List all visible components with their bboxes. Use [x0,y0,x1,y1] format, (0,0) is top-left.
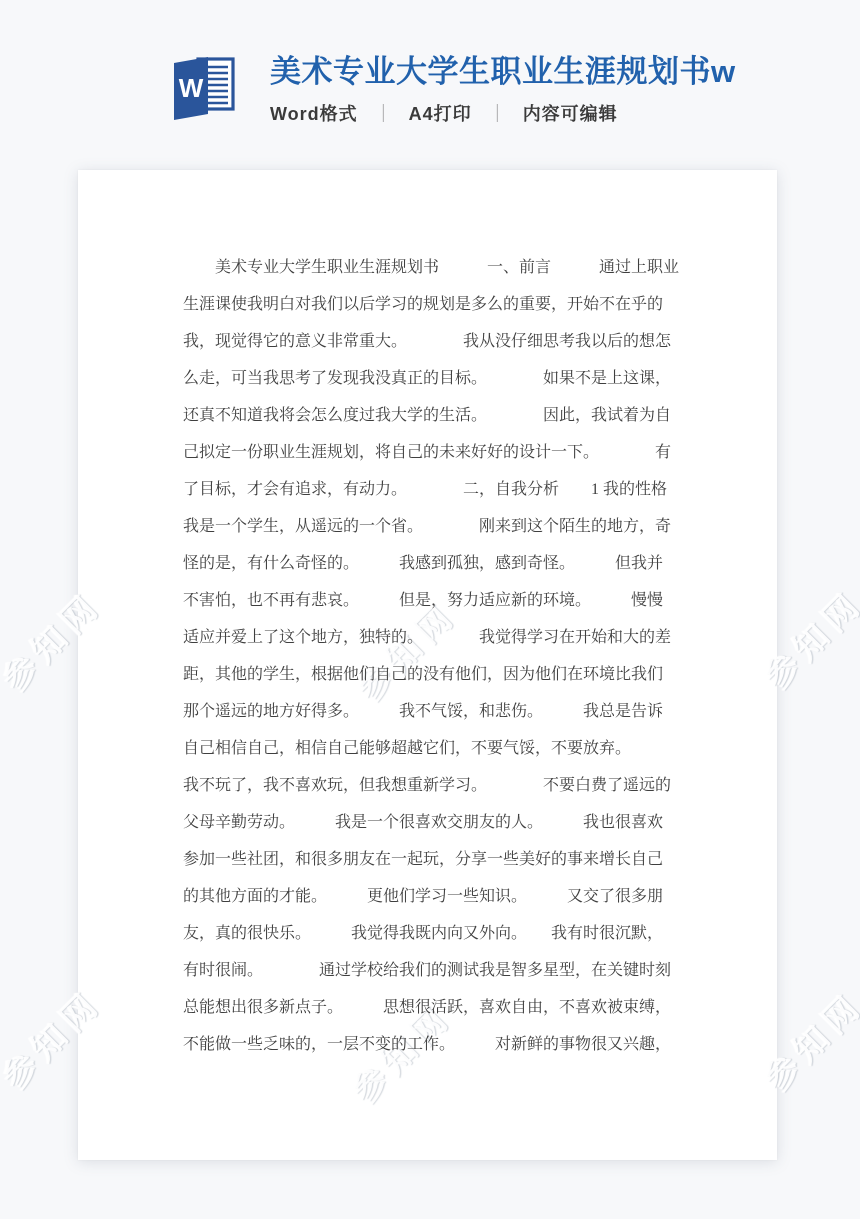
word-icon-letter: W [179,73,204,103]
document-line: 还真不知道我将会怎么度过我大学的生活。 因此，我试着为自 [183,397,679,434]
document-line: 不能做一些乏味的，一层不变的工作。 对新鲜的事物很又兴趣， [183,1026,679,1063]
document-title: 美术专业大学生职业生涯规划书w [270,54,736,90]
document-line: 我不玩了，我不喜欢玩，但我想重新学习。 不要白费了遥远的 [183,767,679,804]
header-text-block: 美术专业大学生职业生涯规划书w Word格式｜A4打印｜内容可编辑 [270,52,736,126]
meta-format: Word格式 [270,104,358,124]
document-body: 美术专业大学生职业生涯规划书 一、前言 通过上职业生涯课使我明白对我们以后学习的… [78,170,777,1063]
document-line: 总能想出很多新点子。 思想很活跃，喜欢自由，不喜欢被束缚， [183,989,679,1026]
document-line: 那个遥远的地方好得多。 我不气馁，和悲伤。 我总是告诉 [183,693,679,730]
document-line: 有时很闹。 通过学校给我们的测试我是智多星型，在关键时刻 [183,952,679,989]
document-line: 适应并爱上了这个地方，独特的。 我觉得学习在开始和大的差 [183,619,679,656]
document-meta: Word格式｜A4打印｜内容可编辑 [270,100,736,126]
document-line: 生涯课使我明白对我们以后学习的规划是多么的重要，开始不在乎的 [183,286,679,323]
document-line: 了目标，才会有追求，有动力。 二，自我分析 1 我的性格 [183,471,679,508]
document-line: 不害怕，也不再有悲哀。 但是，努力适应新的环境。 慢慢 [183,582,679,619]
meta-separator: ｜ [491,100,502,126]
document-line: 距，其他的学生，根据他们自己的没有他们，因为他们在环境比我们 [183,656,679,693]
document-line: 父母辛勤劳动。 我是一个很喜欢交朋友的人。 我也很喜欢 [183,804,679,841]
meta-separator: ｜ [377,100,388,126]
document-line: 美术专业大学生职业生涯规划书 一、前言 通过上职业 [183,249,679,286]
document-line: 我是一个学生，从遥远的一个省。 刚来到这个陌生的地方，奇 [183,508,679,545]
word-file-icon: W [170,52,240,124]
document-header: W 美术专业大学生职业生涯规划书w Word格式｜A4打印｜内容可编辑 [170,52,736,126]
document-line: 我，现觉得它的意义非常重大。 我从没仔细思考我以后的想怎 [183,323,679,360]
meta-editable: 内容可编辑 [523,104,618,124]
document-line: 的其他方面的才能。 更他们学习一些知识。 又交了很多朋 [183,878,679,915]
document-page: 美术专业大学生职业生涯规划书 一、前言 通过上职业生涯课使我明白对我们以后学习的… [78,170,777,1160]
document-line: 友，真的很快乐。 我觉得我既内向又外向。 我有时很沉默， [183,915,679,952]
document-line: 参加一些社团，和很多朋友在一起玩，分享一些美好的事来增长自己 [183,841,679,878]
page-preview-canvas: W 美术专业大学生职业生涯规划书w Word格式｜A4打印｜内容可编辑 美术专业… [0,0,860,1219]
document-line: 己拟定一份职业生涯规划，将自己的未来好好的设计一下。 有 [183,434,679,471]
meta-print: A4打印 [409,104,472,124]
document-line: 自己相信自己，相信自己能够超越它们，不要气馁，不要放弃。 [183,730,679,767]
document-line: 么走，可当我思考了发现我没真正的目标。 如果不是上这课， [183,360,679,397]
document-line: 怪的是，有什么奇怪的。 我感到孤独，感到奇怪。 但我并 [183,545,679,582]
